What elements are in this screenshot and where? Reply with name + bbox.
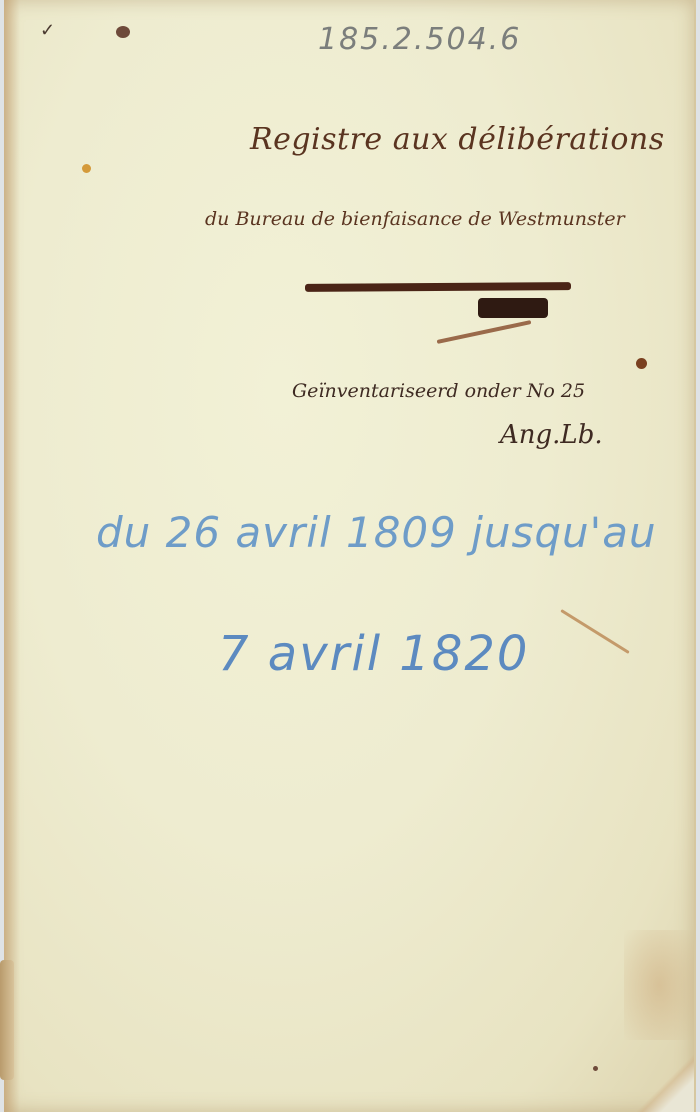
ink-spot	[636, 358, 647, 369]
page-edge-stain	[4, 0, 20, 1112]
signature: Ang.Lb.	[500, 420, 603, 450]
pencil-date-range: du 26 avril 1809 jusqu'au	[96, 508, 657, 557]
rust-spot	[82, 164, 91, 173]
register-title: Registre aux délibérations	[250, 122, 665, 157]
ink-spot	[593, 1066, 598, 1071]
torn-edge	[0, 960, 14, 1080]
ink-spot	[116, 26, 130, 38]
register-subtitle: du Bureau de bienfaisance de Westmunster	[205, 208, 625, 230]
pencil-end-date: 7 avril 1820	[218, 626, 529, 682]
check-mark: ✓	[40, 20, 55, 41]
ink-blot	[478, 298, 548, 318]
corner-damage	[624, 1052, 694, 1112]
shelfmark-number: 185.2.504.6	[318, 22, 521, 57]
foxing-stain	[624, 930, 694, 1040]
inventory-note: Geïnventariseerd onder No 25	[292, 380, 585, 402]
